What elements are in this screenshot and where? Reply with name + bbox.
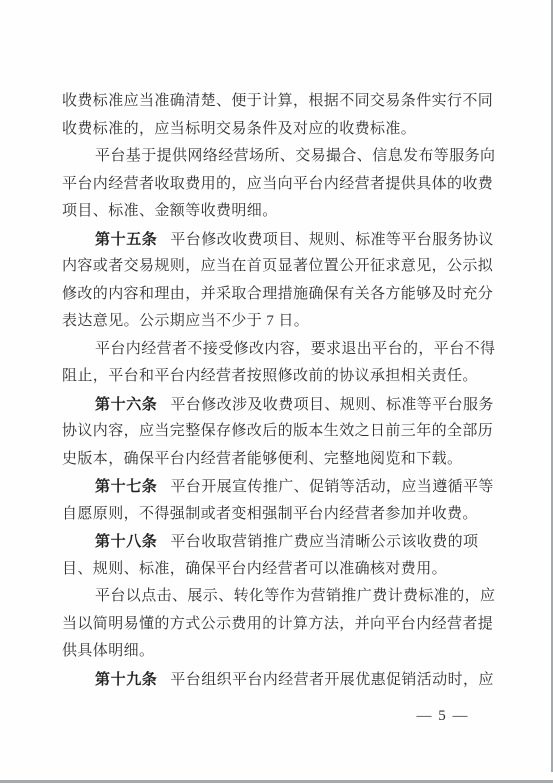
line-text: 收费标准的，应当标明交易条件及对应的收费标准。: [62, 121, 416, 137]
scan-edge-bottom: [0, 780, 553, 783]
line-text: 供具体明细。: [62, 643, 154, 659]
text-line: 平台以点击、展示、转化等作为营销推广费计费标准的，应: [62, 583, 496, 611]
text-line: 史版本，确保平台内经营者能够便利、完整地阅览和下载。: [62, 446, 496, 474]
line-text: 收费标准应当准确清楚、便于计算，根据不同交易条件实行不同: [62, 93, 493, 109]
text-line: 平台内经营者不接受修改内容，要求退出平台的，平台不得: [62, 336, 496, 364]
text-block: 收费标准应当准确清楚、便于计算，根据不同交易条件实行不同收费标准的，应当标明交易…: [62, 88, 496, 693]
line-text: 史版本，确保平台内经营者能够便利、完整地阅览和下载。: [62, 451, 462, 467]
text-line: 当以简明易懂的方式公示费用的计算方法，并向平台内经营者提: [62, 611, 496, 639]
text-line: 第十八条平台收取营销推广费应当清晰公示该收费的项: [62, 528, 496, 556]
article-number: 第十七条: [95, 478, 157, 495]
text-line: 修改的内容和理由，并采取合理措施确保有关各方能够及时充分: [62, 281, 496, 309]
line-text: 平台组织平台内经营者开展优惠促销活动时，应: [170, 672, 493, 688]
line-text: 表达意见。公示期应当不少于 7 日。: [62, 313, 309, 329]
line-text: 项目、标准、金额等收费明细。: [62, 203, 278, 219]
text-line: 项目、标准、金额等收费明细。: [62, 198, 496, 226]
text-line: 自愿原则，不得强制或者变相强制平台内经营者参加并收费。: [62, 501, 496, 529]
text-line: 目、规则、标准，确保平台内经营者可以准确核对费用。: [62, 556, 496, 584]
line-text: 平台以点击、展示、转化等作为营销推广费计费标准的，应: [95, 588, 495, 604]
line-text: 平台内经营者收取费用的，应当向平台内经营者提供具体的收费: [62, 176, 493, 192]
text-line: 收费标准的，应当标明交易条件及对应的收费标准。: [62, 116, 496, 144]
article-number: 第十六条: [95, 396, 157, 413]
text-line: 平台基于提供网络经营场所、交易撮合、信息发布等服务向: [62, 143, 496, 171]
text-line: 供具体明细。: [62, 638, 496, 666]
document-page: 收费标准应当准确清楚、便于计算，根据不同交易条件实行不同收费标准的，应当标明交易…: [0, 0, 553, 784]
line-text: 平台内经营者不接受修改内容，要求退出平台的，平台不得: [95, 341, 495, 357]
text-line: 平台内经营者收取费用的，应当向平台内经营者提供具体的收费: [62, 171, 496, 199]
line-text: 内容或者交易规则，应当在首页显著位置公开征求意见，公示拟: [62, 258, 493, 274]
line-text: 阻止，平台和平台内经营者按照修改前的协议承担相关责任。: [62, 368, 478, 384]
line-text: 当以简明易懂的方式公示费用的计算方法，并向平台内经营者提: [62, 616, 493, 632]
article-number: 第十八条: [95, 533, 157, 550]
article-number: 第十九条: [95, 671, 157, 688]
line-text: 自愿原则，不得强制或者变相强制平台内经营者参加并收费。: [62, 506, 478, 522]
line-text: 协议内容，应当完整保存修改后的版本生效之日前三年的全部历: [62, 423, 493, 439]
line-text: 目、规则、标准，确保平台内经营者可以准确核对费用。: [62, 561, 447, 577]
text-line: 内容或者交易规则，应当在首页显著位置公开征求意见，公示拟: [62, 253, 496, 281]
text-line: 表达意见。公示期应当不少于 7 日。: [62, 308, 496, 336]
article-number: 第十五条: [95, 231, 157, 248]
line-text: 平台修改涉及收费项目、规则、标准等平台服务: [170, 397, 493, 413]
text-line: 阻止，平台和平台内经营者按照修改前的协议承担相关责任。: [62, 363, 496, 391]
line-text: 平台收取营销推广费应当清晰公示该收费的项: [170, 534, 478, 550]
line-text: 平台开展宣传推广、促销等活动，应当遵循平等: [170, 479, 493, 495]
line-text: 平台基于提供网络经营场所、交易撮合、信息发布等服务向: [95, 148, 495, 164]
text-line: 第十五条平台修改收费项目、规则、标准等平台服务协议: [62, 226, 496, 254]
text-line: 第十六条平台修改涉及收费项目、规则、标准等平台服务: [62, 391, 496, 419]
page-number: — 5 —: [417, 703, 470, 730]
text-line: 协议内容，应当完整保存修改后的版本生效之日前三年的全部历: [62, 418, 496, 446]
line-text: 平台修改收费项目、规则、标准等平台服务协议: [170, 232, 493, 248]
text-line: 第十七条平台开展宣传推广、促销等活动，应当遵循平等: [62, 473, 496, 501]
text-line: 第十九条平台组织平台内经营者开展优惠促销活动时，应: [62, 666, 496, 694]
text-line: 收费标准应当准确清楚、便于计算，根据不同交易条件实行不同: [62, 88, 496, 116]
line-text: 修改的内容和理由，并采取合理措施确保有关各方能够及时充分: [62, 286, 493, 302]
